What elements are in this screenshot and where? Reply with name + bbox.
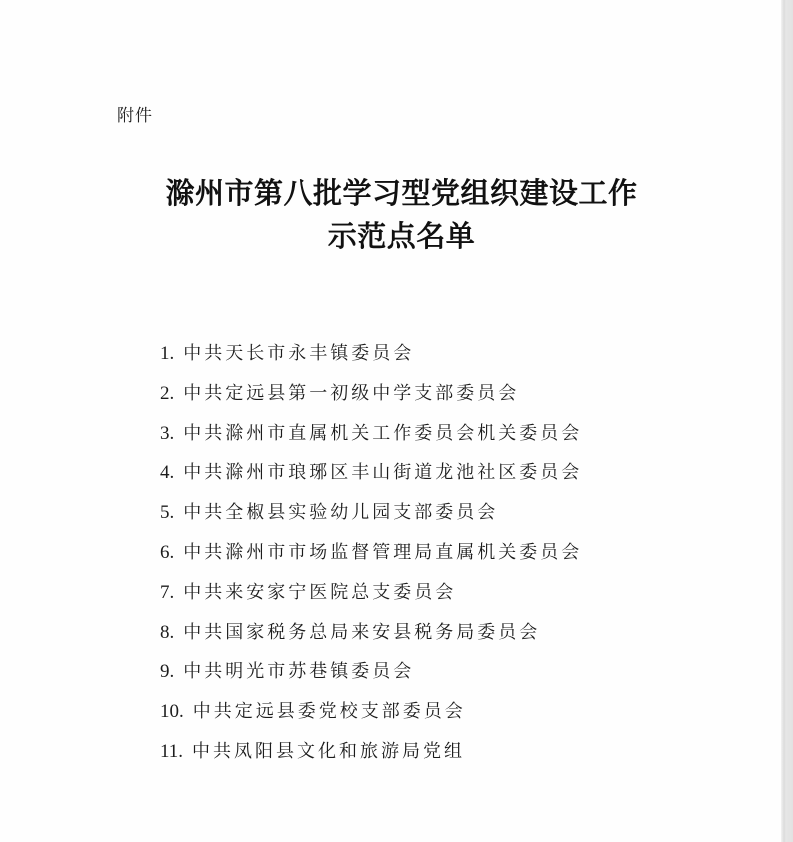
document-title-line-1: 滁州市第八批学习型党组织建设工作 xyxy=(11,171,792,212)
attachment-label: 附件 xyxy=(117,101,153,126)
item-text: 中共来安家宁医院总支委员会 xyxy=(183,582,456,603)
list-item: 5.中共全椒县实验幼儿园支部委员会 xyxy=(160,499,582,539)
item-number: 10. xyxy=(160,698,184,726)
item-text: 中共定远县第一初级中学支部委员会 xyxy=(183,383,519,404)
item-number: 11. xyxy=(160,738,183,766)
list-item: 8.中共国家税务总局来安县税务局委员会 xyxy=(160,619,582,659)
demonstration-site-list: 1.中共天长市永丰镇委员会 2.中共定远县第一初级中学支部委员会 3.中共滁州市… xyxy=(160,340,582,778)
list-item: 4.中共滁州市琅琊区丰山街道龙池社区委员会 xyxy=(160,459,582,499)
item-number: 9. xyxy=(160,658,174,686)
list-item: 9.中共明光市苏巷镇委员会 xyxy=(160,658,582,698)
item-number: 6. xyxy=(160,539,174,567)
item-text: 中共国家税务总局来安县税务局委员会 xyxy=(183,622,540,643)
list-item: 6.中共滁州市市场监督管理局直属机关委员会 xyxy=(160,539,582,579)
item-number: 5. xyxy=(160,499,174,527)
item-text: 中共滁州市市场监督管理局直属机关委员会 xyxy=(183,542,582,563)
list-item: 7.中共来安家宁医院总支委员会 xyxy=(160,579,582,619)
item-text: 中共明光市苏巷镇委员会 xyxy=(183,661,414,682)
list-item: 10.中共定远县委党校支部委员会 xyxy=(160,698,582,738)
list-item: 3.中共滁州市直属机关工作委员会机关委员会 xyxy=(160,420,582,460)
item-text: 中共凤阳县文化和旅游局党组 xyxy=(192,741,465,762)
document-title-line-2: 示范点名单 xyxy=(11,214,792,255)
document-page: 附件 滁州市第八批学习型党组织建设工作 示范点名单 1.中共天长市永丰镇委员会 … xyxy=(0,0,781,842)
item-text: 中共滁州市琅琊区丰山街道龙池社区委员会 xyxy=(183,462,582,483)
list-item: 1.中共天长市永丰镇委员会 xyxy=(160,340,582,380)
list-item: 11.中共凤阳县文化和旅游局党组 xyxy=(160,738,582,778)
item-text: 中共定远县委党校支部委员会 xyxy=(193,701,466,722)
item-number: 1. xyxy=(160,340,174,368)
item-number: 3. xyxy=(160,420,174,448)
item-text: 中共全椒县实验幼儿园支部委员会 xyxy=(183,502,498,523)
item-number: 4. xyxy=(160,459,174,487)
item-text: 中共天长市永丰镇委员会 xyxy=(183,343,414,364)
list-item: 2.中共定远县第一初级中学支部委员会 xyxy=(160,380,582,420)
item-number: 8. xyxy=(160,619,174,647)
item-number: 2. xyxy=(160,380,174,408)
item-text: 中共滁州市直属机关工作委员会机关委员会 xyxy=(183,423,582,444)
item-number: 7. xyxy=(160,579,174,607)
page-edge-shadow xyxy=(781,0,793,842)
